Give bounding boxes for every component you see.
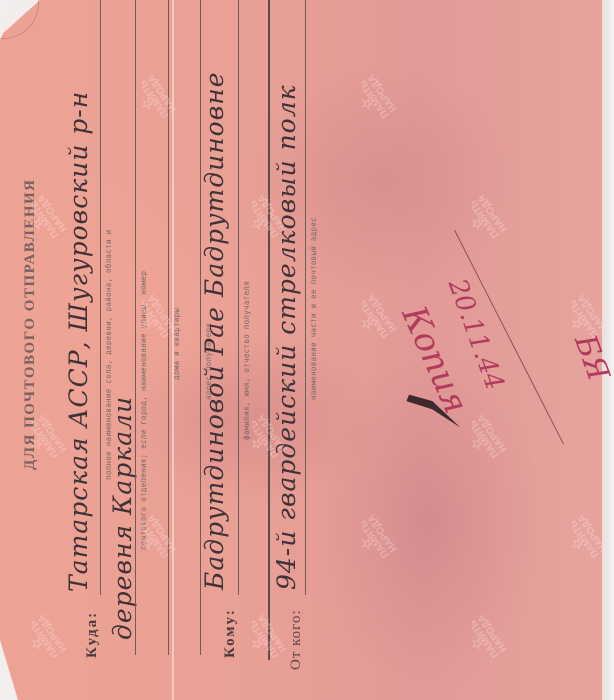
watermark: ☆ПАМЯТЬНАРОДА [350,512,399,565]
watermark: ☆ПАМЯТЬНАРОДА [20,612,69,665]
watermark: ☆ПАМЯТЬНАРОДА [130,72,179,125]
document-scan: ДЛЯ ПОЧТОВОГО ОТПРАВЛЕНИЯ Куда: Татарска… [0,0,614,700]
to-whom-rule-2 [238,0,239,595]
watermark: ☆ПАМЯТЬНАРОДА [350,292,399,345]
watermark: ☆ПАМЯТЬНАРОДА [240,612,289,665]
watermark: ☆ПАМЯТЬНАРОДА [460,412,509,465]
from-whom-hint: наименование части и ее почтовый адрес [309,217,318,400]
watermark: ☆ПАМЯТЬНАРОДА [130,512,179,565]
watermark: ☆ПАМЯТЬНАРОДА [350,72,399,125]
to-where-line1: Татарская АССР, Шугуровский р-н [64,91,93,592]
to-where-line2: деревня Каркали [108,396,137,640]
from-whom-label: От кого: [288,609,305,670]
envelope-form: ДЛЯ ПОЧТОВОГО ОТПРАВЛЕНИЯ Куда: Татарска… [0,0,614,700]
to-whom-name: Бадрутдиновой Рае Бадрутдиновне [200,71,229,590]
from-whom-rule [305,0,306,595]
to-whom-label: Кому: [222,608,239,658]
to-where-rule-1 [100,0,101,595]
watermark: ☆ПАМЯТЬНАРОДА [560,512,609,565]
to-where-label: Куда: [84,611,101,658]
to-whom-hint: фамилия, имя, отчество получателя [242,281,251,440]
watermark: ☆ПАМЯТЬНАРОДА [460,612,509,665]
section-divider [268,0,270,660]
from-whom-unit: 94-й гвардейский стрелковый полк [272,84,301,590]
watermark: ☆ПАМЯТЬНАРОДА [460,192,509,245]
